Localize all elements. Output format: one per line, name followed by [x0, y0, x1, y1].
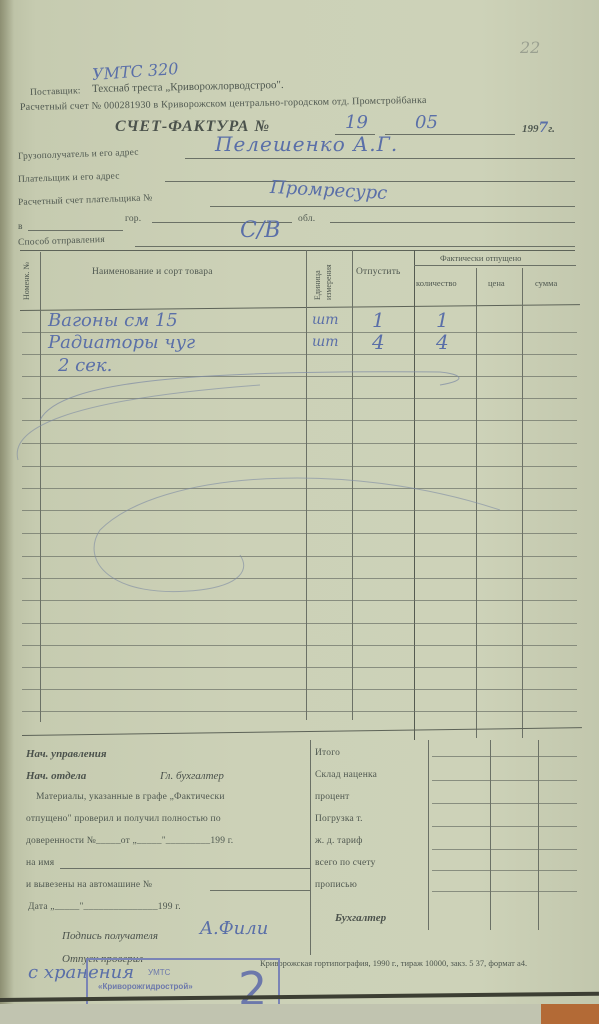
- head-management-label: Нач. управления: [26, 748, 107, 760]
- chief-accountant-label: Гл. бухгалтер: [160, 770, 224, 782]
- warehouse-markup-label: Склад наценка: [315, 770, 377, 780]
- percent-label: процент: [315, 792, 350, 802]
- name-line: [60, 868, 310, 869]
- materials-text-6: Дата „_____"_______________199 г.: [28, 902, 181, 912]
- total-label: Итого: [315, 748, 340, 758]
- materials-text-3: доверенности №_____от „_____"_________19…: [26, 836, 233, 846]
- vehicle-line: [210, 890, 310, 891]
- accountant-label: Бухгалтер: [335, 912, 386, 924]
- background-surface: [0, 1004, 599, 1024]
- head-department-label: Нач. отдела: [26, 770, 86, 782]
- footer-divider: [310, 740, 311, 955]
- materials-text-5: и вывезены на автомашине №: [26, 880, 152, 890]
- invoice-page: 22 УМТС 320 Поставщик: Техснаб треста „К…: [0, 0, 599, 1004]
- rail-tariff-label: ж. д. тариф: [315, 836, 363, 846]
- loading-label: Погрузка т.: [315, 814, 363, 824]
- materials-text-1: Материалы, указанные в графе „Фактически: [36, 792, 225, 802]
- totals-col-2: [490, 740, 491, 930]
- receiver-signature: A.Фили: [200, 918, 268, 939]
- totals-col-3: [538, 740, 539, 930]
- materials-text-2: отпущено" проверил и получил полностью п…: [26, 814, 221, 824]
- invoice-total-label: всего по счету: [315, 858, 376, 868]
- stamp-line-2: «Криворожгидрострой»: [98, 982, 193, 991]
- pencil-strike-marks: [0, 0, 599, 1004]
- materials-text-4: на имя: [26, 858, 54, 868]
- in-words-label: прописью: [315, 880, 357, 890]
- receiver-signature-label: Подпись получателя: [62, 930, 158, 942]
- imprint-text: Криворожская гортипография, 1990 г., тир…: [260, 958, 527, 968]
- wooden-table: [541, 1004, 599, 1024]
- totals-col-1: [428, 740, 429, 930]
- stamp-line-1: УМТС: [148, 968, 170, 977]
